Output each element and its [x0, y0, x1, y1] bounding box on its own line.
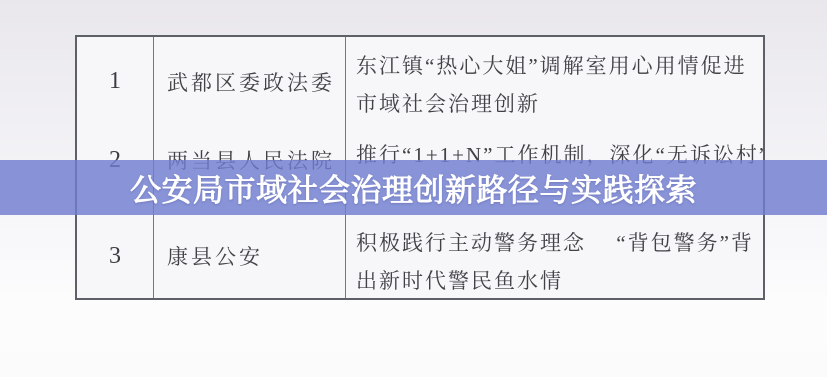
desc-line-2: 出新时代警民鱼水情	[356, 262, 757, 298]
table-row-3-desc-cell: 积极践行主动警务理念 “背包警务”背 出新时代警民鱼水情	[346, 214, 763, 298]
org-name: 康县公安	[167, 241, 263, 271]
desc-line-1: 东江镇“热心大姐”调解室用心用情促进	[356, 47, 757, 85]
desc-line-1: 积极践行主动警务理念 “背包警务”背	[356, 224, 757, 262]
headline-banner: 公安局市域社会治理创新路径与实践探索	[0, 160, 827, 215]
desc-line-2: 市域社会治理创新	[356, 85, 757, 123]
headline-text: 公安局市域社会治理创新路径与实践探索	[130, 165, 697, 210]
table-row-3-org-cell: 康县公安	[154, 214, 346, 298]
org-name: 武都区委政法委	[167, 67, 335, 97]
row-number: 3	[109, 243, 121, 270]
screenshot-canvas: 1 武都区委政法委 东江镇“热心大姐”调解室用心用情促进 市域社会治理创新 2 …	[0, 0, 827, 377]
table-row-1-org-cell: 武都区委政法委	[154, 37, 346, 126]
table-row-3-number-cell: 3	[77, 214, 154, 298]
row-number: 1	[109, 68, 121, 95]
table-row-1-desc-cell: 东江镇“热心大姐”调解室用心用情促进 市域社会治理创新	[346, 37, 763, 126]
table-row-1-number-cell: 1	[77, 37, 154, 126]
